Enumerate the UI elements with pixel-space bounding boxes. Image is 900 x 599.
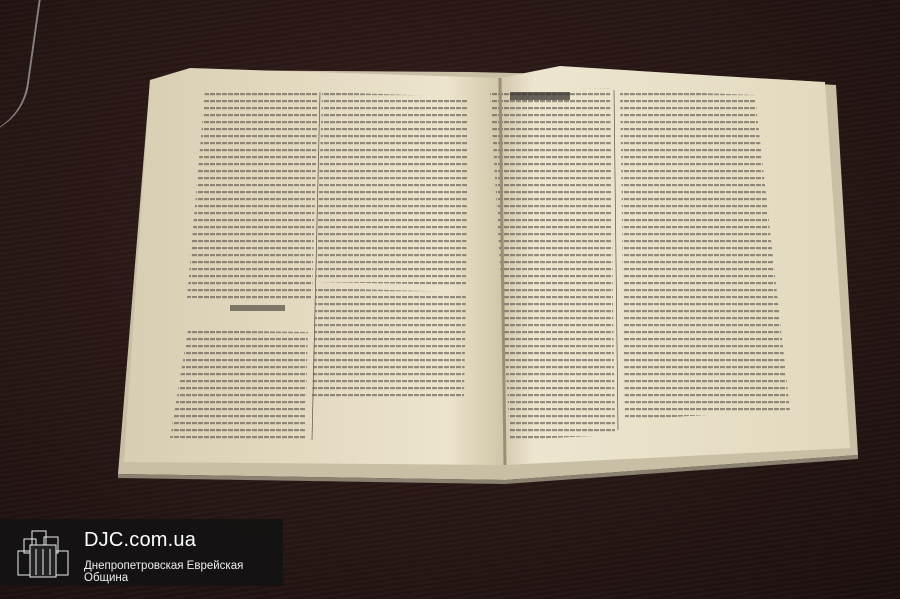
buildings-logo-icon (14, 529, 72, 579)
watermark: DJC.com.ua Днепропетровская Еврейская Об… (0, 519, 283, 586)
watermark-subtitle: Днепропетровская Еврейская Община (84, 560, 283, 584)
watermark-title: DJC.com.ua (84, 529, 196, 552)
open-book (0, 0, 900, 599)
